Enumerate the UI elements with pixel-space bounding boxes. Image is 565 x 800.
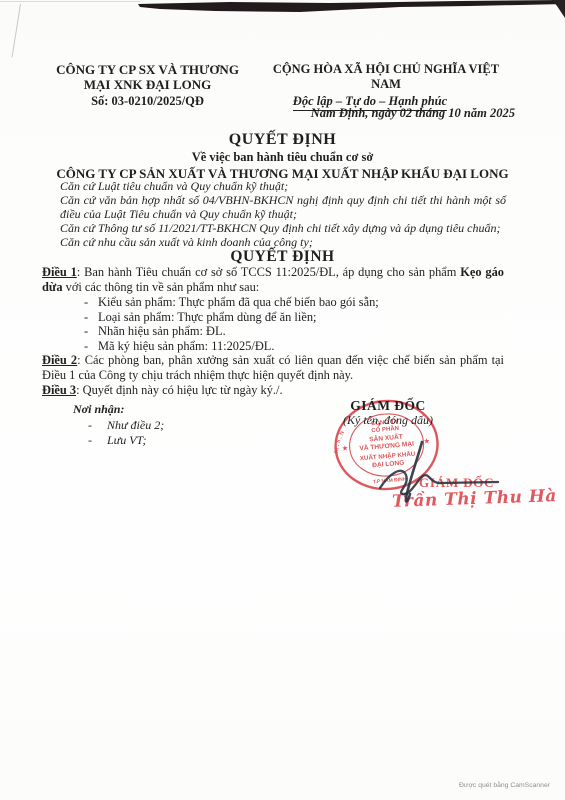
national-title: CỘNG HÒA XÃ HỘI CHỦ NGHĨA VIỆT NAM [258,62,514,92]
bullet-dash: - [84,324,98,339]
legal-basis-line: Căn cứ Luật tiêu chuẩn và Quy chuẩn kỹ t… [60,180,506,194]
articles-section: Điều 1: Ban hành Tiêu chuẩn cơ sở số TCC… [42,265,504,398]
article-1-text-after: với các thông tin về sản phẩm như sau: [63,280,260,294]
article-1: Điều 1: Ban hành Tiêu chuẩn cơ sở số TCC… [42,265,504,295]
legal-basis-section: Căn cứ Luật tiêu chuẩn và Quy chuẩn kỹ t… [60,180,506,250]
list-item: - Nhãn hiệu sản phẩm: ĐL. [84,324,504,339]
recipient-text: Lưu VT; [107,433,146,449]
article-2-text: : Các phòng ban, phân xưởng sản xuất có … [42,353,504,382]
bullet-text: Kiểu sản phẩm: Thực phẩm đã qua chế biến… [98,295,379,310]
stamp-star-left: ★ [341,443,349,453]
company-name-line1: CÔNG TY CP SX VÀ THƯƠNG [40,62,255,77]
national-header-block: CỘNG HÒA XÃ HỘI CHỦ NGHĨA VIỆT NAM Độc l… [258,62,514,111]
bullet-dash: - [88,433,107,449]
bullet-dash: - [84,295,98,310]
camscanner-watermark: Được quét bằng CamScanner [440,782,550,789]
bullet-dash: - [84,339,98,354]
list-item: - Như điều 2; [88,418,164,434]
article-3-label: Điều 3 [42,383,76,397]
bullet-dash: - [88,418,107,434]
scan-artifact-top-band [0,0,565,20]
decision-title: QUYẾT ĐỊNH [0,131,565,149]
scan-artifact-page-edge [12,4,21,57]
bullet-text: Mã ký hiệu sản phẩm: 11:2025/ĐL. [98,339,274,354]
article-1-bullet-list: - Kiểu sản phẩm: Thực phẩm đã qua chế bi… [42,295,504,353]
signer-title: GIÁM ĐỐC [308,398,468,414]
decides-heading: QUYẾT ĐỊNH [0,248,565,266]
sign-instruction: (Ký tên, đóng dấu) [308,413,468,428]
article-3-text: : Quyết định này có hiệu lực từ ngày ký.… [76,383,282,397]
list-item: - Kiểu sản phẩm: Thực phẩm đã qua chế bi… [84,295,504,310]
recipients-section: Nơi nhận: - Như điều 2; - Lưu VT; [73,402,164,449]
recipients-label: Nơi nhận: [73,402,164,418]
scanned-decision-document: CÔNG TY CP SX VÀ THƯƠNG MẠI XNK ĐẠI LONG… [0,0,565,800]
legal-basis-line: Căn cứ văn bản hợp nhất số 04/VBHN-BKHCN… [60,194,506,222]
document-title-block: QUYẾT ĐỊNH Về việc ban hành tiêu chuẩn c… [0,131,565,182]
bullet-text: Loại sản phẩm: Thực phẩm dùng để ăn liền… [98,310,316,325]
bullet-dash: - [84,310,98,325]
handwritten-signature [350,436,510,531]
list-item: - Mã ký hiệu sản phẩm: 11:2025/ĐL. [84,339,504,354]
decision-subject: Về việc ban hành tiêu chuẩn cơ sở [0,150,565,165]
list-item: - Loại sản phẩm: Thực phẩm dùng để ăn li… [84,310,504,325]
list-item: - Lưu VT; [88,433,164,449]
article-1-label: Điều 1 [42,265,77,279]
recipient-text: Như điều 2; [107,418,164,434]
document-number: Số: 03-0210/2025/QĐ [40,94,255,109]
article-1-text: : Ban hành Tiêu chuẩn cơ sở số TCCS 11:2… [77,265,460,279]
scan-artifact-top-line [0,1,140,2]
place-and-date: Nam Định, ngày 02 tháng 10 năm 2025 [310,106,515,121]
article-2: Điều 2: Các phòng ban, phân xưởng sản xu… [42,353,504,383]
issuing-company-block: CÔNG TY CP SX VÀ THƯƠNG MẠI XNK ĐẠI LONG… [40,62,255,109]
bullet-text: Nhãn hiệu sản phẩm: ĐL. [98,324,226,339]
article-2-label: Điều 2 [42,353,77,367]
company-name-line2: MẠI XNK ĐẠI LONG [40,77,255,92]
legal-basis-line: Căn cứ Thông tư số 11/2021/TT-BKHCN Quy … [60,222,506,236]
